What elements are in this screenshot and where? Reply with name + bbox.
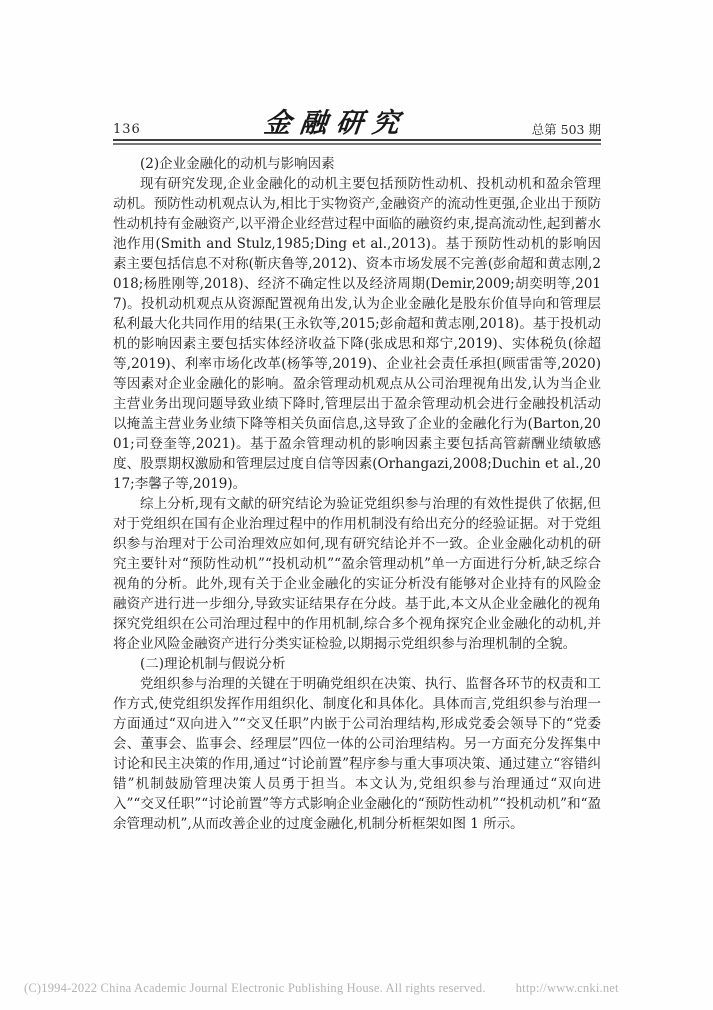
header-rule: [113, 139, 601, 145]
subsection-heading-theory: (二)理论机制与假说分析: [113, 654, 601, 674]
paragraph-literature-summary: 综上分析,现有文献的研究结论为验证党组织参与治理的有效性提供了依据,但对于党组织…: [113, 494, 601, 654]
page-content-column: 136 金融研究 总第 503 期 (2)企业金融化的动机与影响因素 现有研究发…: [113, 0, 601, 834]
header-rule-thin-line: [113, 139, 601, 141]
paragraph-theory-mechanism: 党组织参与治理的关键在于明确党组织在决策、执行、监督各环节的权责和工作方式,使党…: [113, 674, 601, 834]
header-rule-thick-line: [113, 143, 601, 146]
cnki-url: http://www.cnki.net: [516, 981, 619, 996]
paragraph-motives-and-factors: 现有研究发现,企业金融化的动机主要包括预防性动机、投机动机和盈余管理动机。预防性…: [113, 174, 601, 494]
article-body: (2)企业金融化的动机与影响因素 现有研究发现,企业金融化的动机主要包括预防性动…: [113, 154, 601, 834]
scanned-paper-page: 136 金融研究 总第 503 期 (2)企业金融化的动机与影响因素 现有研究发…: [0, 0, 713, 1010]
subsection-heading-motives: (2)企业金融化的动机与影响因素: [113, 154, 601, 174]
running-header: 136 金融研究 总第 503 期: [113, 0, 601, 139]
journal-title-calligraphy: 金融研究: [263, 110, 410, 137]
copyright-footer: (C)1994-2022 China Academic Journal Elec…: [24, 981, 690, 996]
page-number: 136: [113, 123, 141, 137]
copyright-text: (C)1994-2022 China Academic Journal Elec…: [24, 981, 486, 996]
issue-number: 总第 503 期: [532, 124, 601, 138]
